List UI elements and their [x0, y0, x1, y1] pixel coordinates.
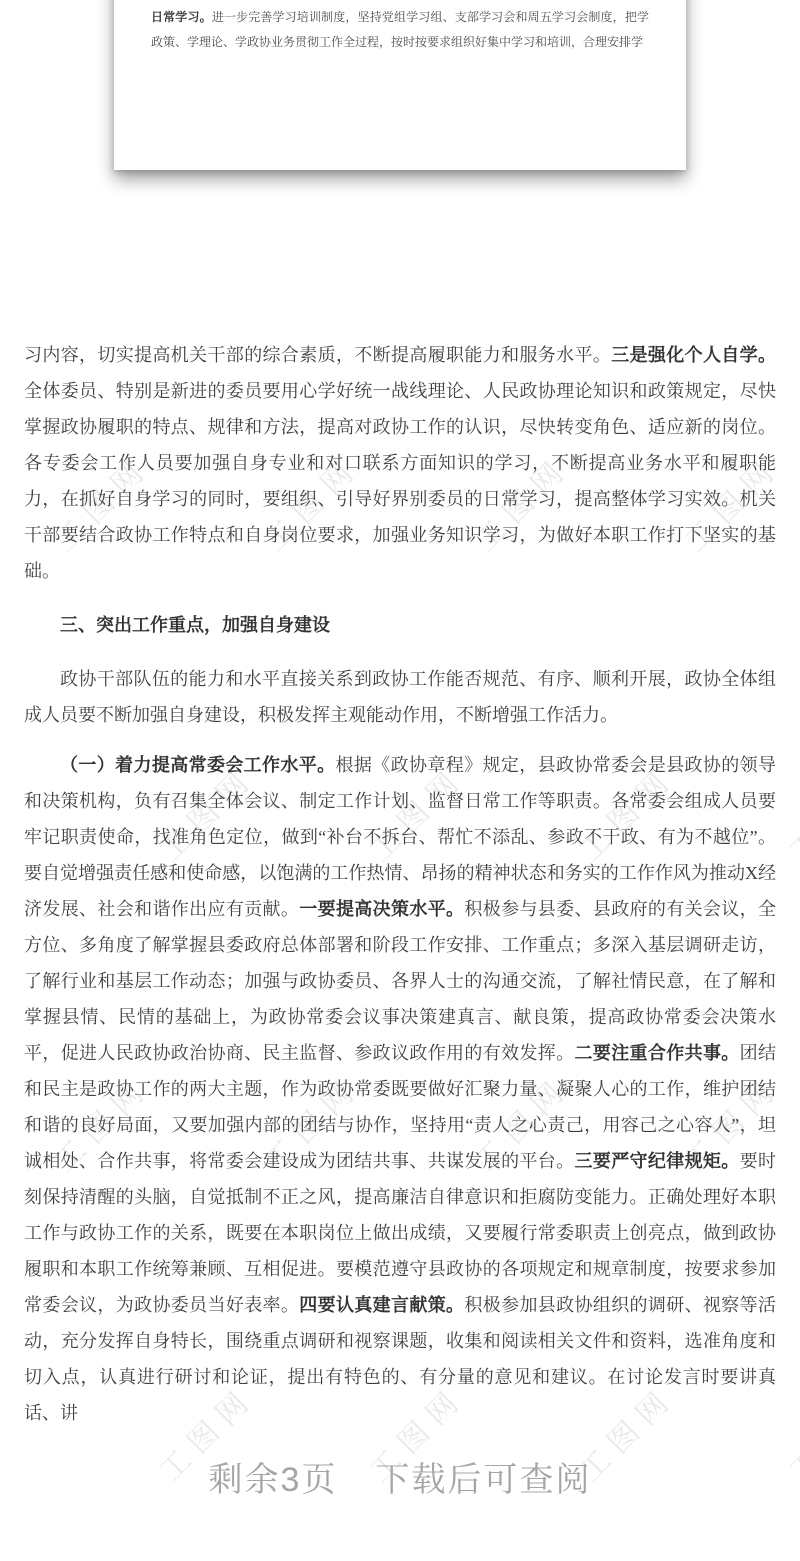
paragraph: 习内容，切实提高机关干部的综合素质，不断提高履职能力和服务水平。三是强化个人自学… [24, 337, 776, 589]
bold-run: 一要提高决策水平。 [299, 899, 464, 919]
bold-run: 二要注重合作共事。 [575, 1043, 740, 1063]
document-body: 习内容，切实提高机关干部的综合素质，不断提高履职能力和服务水平。三是强化个人自学… [24, 337, 776, 1445]
download-hint-label: 下载后可查阅 [375, 1461, 591, 1499]
footer-note: 剩余3页下载后可查阅 [0, 1452, 800, 1501]
text-run: 全体委员、特别是新进的委员要用心学好统一战线理论、人民政协理论知识和政策规定，尽… [24, 381, 776, 581]
bold-run: 日常学习。 [151, 10, 212, 24]
bold-run: 三是强化个人自学。 [611, 345, 776, 365]
text-run: 进一步完善学习培训制度，坚持党组学习组、支部学习会和周五学习会制度，把学政策、学… [151, 10, 649, 49]
text-run: 积极参与县委、县政府的有关会议，全方位、多角度了解掌握县委政府总体部署和阶段工作… [24, 899, 776, 1063]
bold-run: （一）着力提高常委会工作水平。 [60, 755, 336, 775]
paragraph: 政协干部队伍的能力和水平直接关系到政协工作能否规范、有序、顺利开展，政协全体组成… [24, 661, 776, 733]
preview-paragraph: 日常学习。进一步完善学习培训制度，坚持党组学习组、支部学习会和周五学习会制度，把… [151, 5, 649, 55]
paragraph: （一）着力提高常委会工作水平。根据《政协章程》规定，县政协常委会是县政协的领导和… [24, 747, 776, 1431]
bold-run: 四要认真建言献策。 [299, 1295, 464, 1315]
text-run: 政协干部队伍的能力和水平直接关系到政协工作能否规范、有序、顺利开展，政协全体组成… [24, 669, 776, 725]
text-run: 要时刻保持清醒的头脑，自觉抵制不正之风，提高廉洁自律意识和拒腐防变能力。正确处理… [24, 1151, 776, 1315]
document-preview-page: 日常学习。进一步完善学习培训制度，坚持党组学习组、支部学习会和周五学习会制度，把… [114, 0, 686, 170]
site-watermark: 工图网 [777, 754, 800, 870]
text-run: 习内容，切实提高机关干部的综合素质，不断提高履职能力和服务水平。 [24, 345, 611, 365]
remaining-pages-label: 剩余3页 [209, 1461, 338, 1499]
section-heading: 三、突出工作重点，加强自身建设 [24, 607, 776, 643]
bold-run: 三要严守纪律规矩。 [575, 1151, 740, 1171]
bold-run: 三、突出工作重点，加强自身建设 [60, 615, 330, 635]
text-run: 根据《政协章程》规定，县政协常委会是县政协的领导和决策机构，负有召集全体会议、制… [24, 755, 776, 919]
